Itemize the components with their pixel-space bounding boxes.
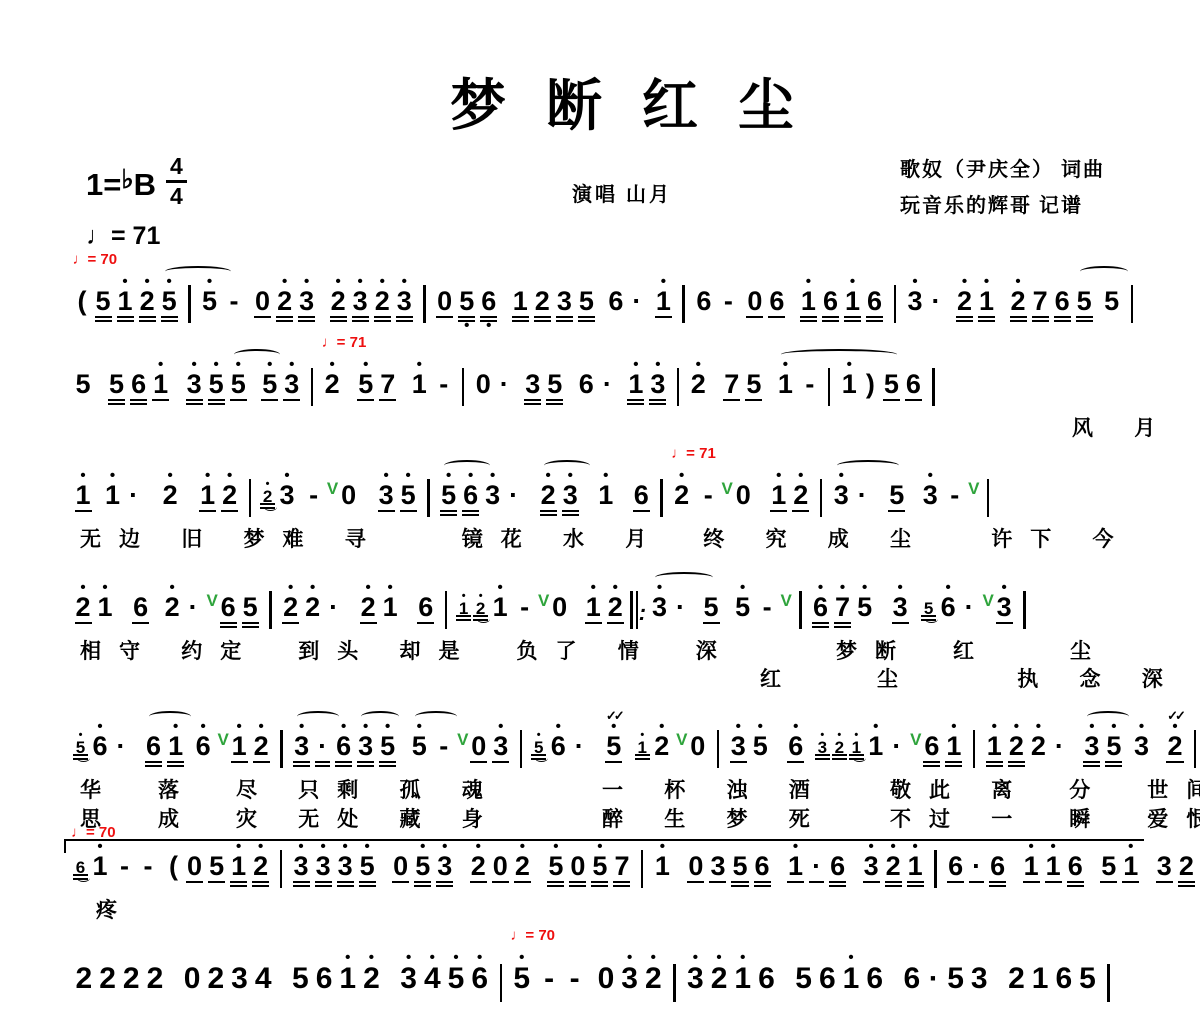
note: 5 [888,472,905,525]
note: •6 [335,723,352,776]
note: 2 [98,954,117,1010]
note: 0 [254,278,271,331]
note: •1 [1023,843,1040,896]
barline [188,285,190,331]
note: 7 [723,361,740,414]
note: 6 [818,954,837,1010]
note: •3 [492,723,509,776]
barline [269,591,271,637]
grace-tie [535,754,548,762]
note: 2 [534,278,551,331]
music-symbol: - [760,584,775,637]
note: •6 [462,472,479,525]
note: •3 [996,584,1013,637]
note: 5 [578,278,595,331]
grace-tie [77,874,90,882]
music-symbol: · [855,472,870,525]
note: 6 [754,843,771,896]
note: •1 [867,723,884,776]
note: •2 [330,278,347,331]
note: •1 [787,843,804,896]
music-symbol: · [506,472,521,525]
note: •5 [201,278,218,331]
music-symbol: - [802,361,817,414]
note: 5 [546,361,563,414]
transcription-credit: 玩音乐的辉哥 记谱 [900,188,1105,224]
note: •2 [1030,723,1047,776]
note: •3 [399,954,418,1010]
slur-arc [297,711,339,722]
note: •1 [597,472,614,525]
music-symbol: - [141,843,156,896]
note: •5 [440,472,457,525]
note: 5 [745,361,762,414]
score: ( ♩= 70 5 •1 •2 •5 •5 - 0 •2 •3 •2 •3 •2… [72,248,1172,1010]
note: 6 [865,954,884,1010]
note: •5 [591,843,608,896]
slur-arc [544,460,590,471]
note: •3 [1083,723,1100,776]
note: 2 [206,954,225,1010]
grace-note: •1 [456,592,471,624]
grace-note: •3 [815,731,830,763]
note: •2 [690,361,707,414]
barline [1194,730,1196,776]
note: •1 [382,584,399,637]
music-symbol: - [117,843,132,896]
mordent-icon: ✓✓ [606,709,622,722]
tempo-change-mark: ♩= 70 [71,825,116,840]
barline [1131,285,1133,331]
note: •3 [892,584,909,637]
music-symbol: · [962,584,977,637]
grace-tie [853,754,866,762]
notation-row: •5 •6 · 6 •1 •6 V•1 •2 •3 · •6 •3 •5 •5 … [72,693,1172,776]
note: •1 [770,472,787,525]
note: •5 [414,843,431,896]
note: •1 [1122,843,1139,896]
note: •5 [230,361,247,414]
note: •2 [607,584,624,637]
grace-tie [925,615,938,623]
note: •1 [627,361,644,414]
note: •1 [75,472,92,525]
grace-note: •5 [73,731,88,763]
music-symbol: ) [863,361,878,414]
note: 6 [1054,954,1073,1010]
tempo-change-mark: ♩= 70 [73,252,118,267]
note: 6 [757,954,776,1010]
note: •2 [75,584,92,637]
note: •1 [654,843,671,896]
music-system-1: ( ♩= 70 5 •1 •2 •5 •5 - 0 •2 •3 •2 •3 •2… [72,248,1172,331]
note: •5 [752,723,769,776]
note: •1 [777,361,794,414]
note: •3 [620,954,639,1010]
note: 6 [1054,278,1071,331]
note: •1 [167,723,184,776]
note: 0 [551,584,568,637]
note: 6 [768,278,785,331]
note: •5 [261,361,278,414]
note: •3 [833,472,850,525]
music-symbol: · [809,843,824,896]
note: 0 [746,278,763,331]
music-symbol: - [542,954,557,1010]
note: •3 [293,723,310,776]
note: •2 [1008,723,1025,776]
note: •2 [710,954,729,1010]
note: •2 [282,584,299,637]
barline [445,591,447,637]
barline [673,964,675,1010]
music-symbol: · [497,361,512,414]
music-symbol: - [947,472,962,525]
music-system-3: •1 •1 · •2 •1 •2 •2 •3 - V 0 •3 •5 •5 •6… [72,442,1172,553]
note: •3 [186,361,203,414]
header: 梦断红尘 演唱 山月 歌奴（尹庆全） 词曲 玩音乐的辉哥 记谱 1=♭B44 ♩… [72,0,1172,248]
note: •1 [841,361,858,414]
note: •3 [863,843,880,896]
music-symbol: - [721,278,736,331]
lyric-row: 风 月 [72,414,1172,442]
note: •5 [208,361,225,414]
breath-mark: V [910,731,922,748]
note: 6 [903,954,922,1010]
note: 0 [569,843,586,896]
note: 3 [1156,843,1173,896]
note: •3 [922,472,939,525]
note: 0 [492,843,509,896]
breath-mark: V [982,592,994,609]
notation-row: •1 •1 · •2 •1 •2 •2 •3 - V 0 •3 •5 •5 •6… [72,442,1172,525]
music-symbol: · [126,472,141,525]
music-symbol: · [326,584,341,637]
music-system-4: •2 •1 6 •2 · V 6 5 •2 •2 · •2 •1 6 •1 •2… [72,554,1172,694]
note: 7 [379,361,396,414]
note: •3 [293,843,310,896]
note: •2 [164,584,181,637]
note: 0 [687,843,704,896]
note: 0 [436,278,453,331]
tempo-change-mark: ♩= 71 [671,446,716,461]
music-symbol: · [926,954,941,1010]
lyric-row: 无边 旧 梦难 寻 镜花 水 月 终 究 成 尘 许下 今 生 [72,525,1172,553]
barline [423,285,425,331]
repeat-start-barline: : [629,591,646,637]
note: •3 [378,472,395,525]
note: •1 [338,954,357,1010]
note: 5 [1076,278,1093,331]
note: 5• [458,278,475,331]
note: •2 [253,723,270,776]
note: •1 [800,278,817,331]
slur-arc [361,711,399,722]
breath-mark: V [217,731,229,748]
note: •2 [644,954,663,1010]
note: •3 [730,723,747,776]
note: 6 [947,843,964,896]
note: •2 [360,584,377,637]
note: 6 [132,584,149,637]
note: •2 [221,472,238,525]
note: •1 [97,584,114,637]
note: •1 [733,954,752,1010]
music-symbol: · [315,723,330,776]
note: •5 [856,584,873,637]
music-symbol: · [969,843,984,896]
note: •3 [352,278,369,331]
composer-credits: 歌奴（尹庆全） 词曲 玩音乐的辉哥 记谱 [900,152,1105,224]
music-symbol: - [517,584,532,637]
grace-note: •5 [531,731,546,763]
note: •2 [540,472,557,525]
tempo-marking: ♩= 71 [86,222,160,251]
note: •2 ♩= 71 [324,361,341,414]
music-symbol: · [600,361,615,414]
note: •2 [653,723,670,776]
grace-note: •2 [260,480,275,512]
note: •1 [844,278,861,331]
breath-mark: V [206,592,218,609]
note: 6 [923,723,940,776]
slur-arc [1080,266,1128,277]
music-system-2: 5 5 6 •1 •3 •5 •5 •5 •3 •2 ♩= 71•5 7 •1 … [72,331,1172,442]
music-system-6: 6 ♩= 70•1 - - ( 0 5 •1 •2 •3 •3 •3 •5 0 … [72,839,1172,924]
notation-row: ( ♩= 70 5 •1 •2 •5 •5 - 0 •2 •3 •2 •3 •2… [72,248,1172,331]
note: 0 [735,472,752,525]
note: 7 [613,843,630,896]
notation-row: 5 5 6 •1 •3 •5 •5 •5 •3 •2 ♩= 71•5 7 •1 … [72,331,1172,414]
note: •1 [907,843,924,896]
note: •3 [651,584,668,637]
note: 6 [315,954,334,1010]
lyric-row: 相守 约定 到头 却是 负了 情 深 梦断 红 尘 爱 恨 难 分 繁 [72,637,1172,665]
slur-arc [234,349,280,360]
note: 0 [475,361,492,414]
music-symbol: · [673,584,688,637]
note: •1 [230,843,247,896]
note: 5 [208,843,225,896]
note: •1 [655,278,672,331]
note: 0 [689,723,706,776]
mordent-icon: ✓✓ [1167,709,1183,722]
barline [932,368,934,414]
note: •5 [161,278,178,331]
note: •3 [686,954,705,1010]
note: •3 [315,843,332,896]
key-prefix: 1= [86,167,121,202]
note: •2 ✓✓ [1166,723,1183,776]
note: 3 [524,361,541,414]
lyric-row: 疼 [72,896,1172,924]
note: 2 [1178,843,1195,896]
slur-arc [415,711,457,722]
note: 5 [242,584,259,637]
barline [894,285,896,331]
flat-sign: ♭ [121,164,133,194]
music-symbol: · [629,278,644,331]
note: •1 [104,472,121,525]
notation-row: •2 •1 6 •2 · V 6 5 •2 •2 · •2 •1 6 •1 •2… [72,554,1172,637]
note: 1 [1031,954,1050,1010]
music-symbol: ( [166,843,181,896]
grace-note: •1 [849,731,864,763]
note: 3 [970,954,989,1010]
slur-arc [165,266,231,277]
note: 6 [607,278,624,331]
barline [500,964,502,1010]
note: 5 [291,954,310,1010]
note: •6 [92,723,109,776]
note: •1 [842,954,861,1010]
note: 6 [866,278,883,331]
note: •2 [374,278,391,331]
slur-arc [1087,711,1129,722]
note: 6 [829,843,846,896]
breath-mark: V [457,731,469,748]
note: •1 [986,723,1003,776]
note: 4 [254,954,273,1010]
note: 5 [946,954,965,1010]
tempo-change-mark: ♩= 71 [322,335,367,350]
music-symbol: - [436,723,451,776]
note: 5 [108,361,125,414]
note: 2 [146,954,165,1010]
barline [934,850,936,896]
grace-note: 6 ♩= 70 [73,851,88,883]
note: •1 [492,584,509,637]
note: •2 [470,843,487,896]
note: 5 [794,954,813,1010]
slur-arc [655,572,713,583]
grace-tie [477,615,490,623]
note: •1 [231,723,248,776]
music-symbol: - [227,278,242,331]
sheet-music-page: 梦断红尘 演唱 山月 歌奴（尹庆全） 词曲 玩音乐的辉哥 记谱 1=♭B44 ♩… [0,0,1200,1010]
note: •2 [252,843,269,896]
note: 6 [905,361,922,414]
note: 5 [1100,843,1117,896]
breath-mark: V [327,480,339,497]
note: 6 [145,723,162,776]
grace-note: •1 [635,731,650,763]
note: •3 [562,472,579,525]
lyric-row: 华 落 尽 只剩 孤 魂 一 杯 浊 酒 敬此 离 分 世间 情 薄 谁 为 我 [72,776,1172,804]
music-symbol: - [306,472,321,525]
music-symbol: · [114,723,129,776]
notation-row: 6 ♩= 70•1 - - ( 0 5 •1 •2 •3 •3 •3 •5 0 … [72,813,1172,896]
lyrics-music-credit: 歌奴（尹庆全） 词曲 [900,152,1105,188]
note: •1 [92,843,109,896]
key-note: B [134,167,156,202]
note: 3 [556,278,573,331]
note: 5 [75,361,92,414]
notation-row: 2 2 2 2 0 2 3 4 5 6 •1 •2 •3 •4 •5 •6 •5… [72,924,1172,1010]
tempo-change-mark: ♩= 70 [510,928,555,943]
note: 0 [183,954,202,1010]
note: 0 [597,954,616,1010]
note: •3 [298,278,315,331]
note: 6• [480,278,497,331]
breath-mark: V [538,592,550,609]
note: •3 [436,843,453,896]
note: 6 [989,843,1006,896]
music-symbol: · [889,723,904,776]
barline [1107,964,1109,1010]
note: 6 [220,584,237,637]
music-symbol: - [567,954,582,1010]
note: •5 [447,954,466,1010]
barline [682,285,684,331]
barline [641,850,643,896]
grace-tie [264,503,277,511]
time-signature: 44 [166,155,187,208]
barline [427,479,429,525]
note: •2 [1010,278,1027,331]
grace-note: •2 [473,592,488,624]
note: •2 ♩= 71 [673,472,690,525]
note: •3 [357,723,374,776]
note: •6 [812,584,829,637]
barline [820,479,822,525]
note: •1 [945,723,962,776]
breath-mark: V [968,480,980,497]
note: 0 [340,472,357,525]
music-symbol: · [928,278,943,331]
note: 0 [186,843,203,896]
note: •5 [547,843,564,896]
note: •5 [734,584,751,637]
breath-mark: V [676,731,688,748]
song-title: 梦断红尘 [72,62,1172,142]
music-system-7: 2 2 2 2 0 2 3 4 5 6 •1 •2 •3 •4 •5 •6 •5… [72,924,1172,1010]
note: 7 [1032,278,1049,331]
barline [280,730,282,776]
meter-numerator: 4 [166,155,187,183]
note: •5 [357,361,374,414]
note: •6 [550,723,567,776]
note: 2 [1007,954,1026,1010]
note: •3 [283,361,300,414]
grace-note: 5 [921,592,936,624]
note: •3 [279,472,296,525]
barline [520,730,522,776]
note: •2 [514,843,531,896]
barline [987,479,989,525]
note: 2 [75,954,94,1010]
note: •6 [940,584,957,637]
barline [828,368,830,414]
note: 2 [122,954,141,1010]
barline [280,850,282,896]
slur-arc [149,711,191,722]
note: •7 [834,584,851,637]
note: •1 [1045,843,1062,896]
note: 0 [392,843,409,896]
meter-denominator: 4 [166,183,187,208]
barline [249,479,251,525]
note: •6 [787,723,804,776]
note: 6 [1067,843,1084,896]
note: •2 [792,472,809,525]
note: •1 [411,361,428,414]
key-signature: 1=♭B44 [86,155,187,208]
note: 3 [709,843,726,896]
note: •1 [199,472,216,525]
note: •2 [885,843,902,896]
note: •5 [400,472,417,525]
